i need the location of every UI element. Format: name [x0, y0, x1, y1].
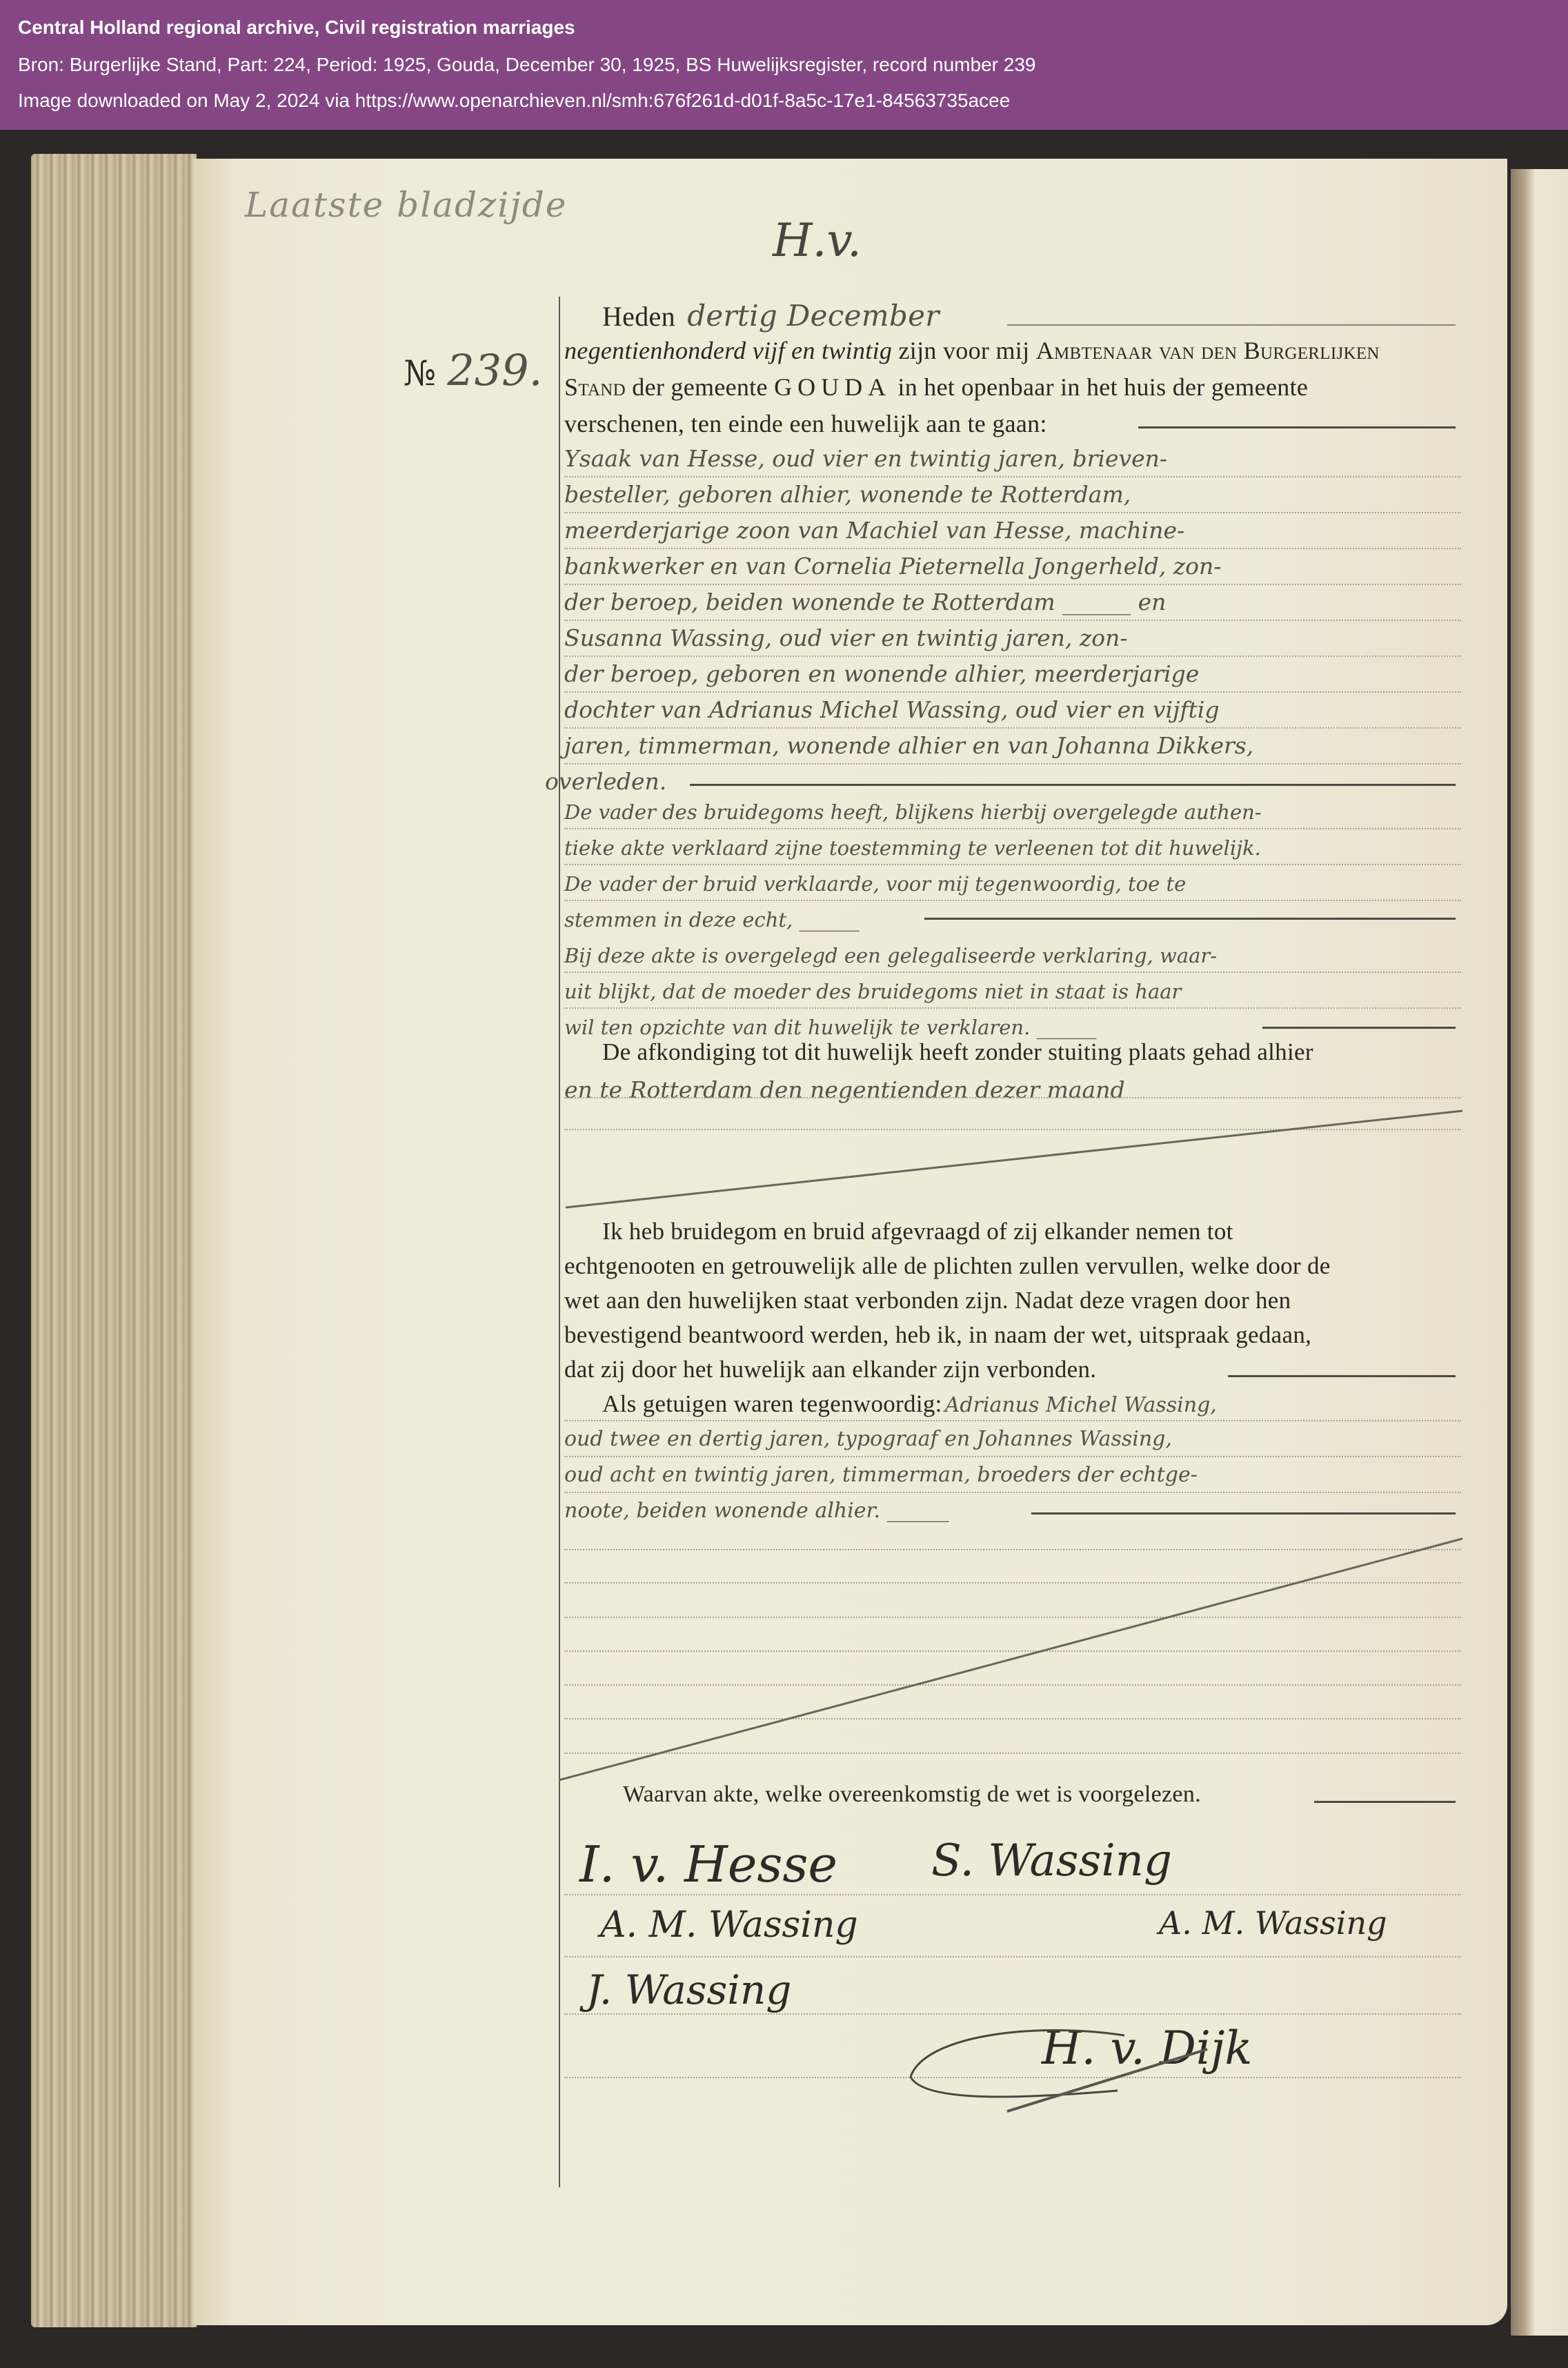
stand-text: Stand — [564, 373, 626, 401]
guide-line — [564, 828, 1461, 829]
parties-line: Ysaak van Hesse, oud vier en twintig jar… — [564, 445, 1461, 472]
witnesses-line-1: Als getuigen waren tegenwoordig: Adrianu… — [564, 1390, 1461, 1418]
vows-line: dat zij door het huwelijk aan elkander z… — [564, 1356, 1461, 1383]
guide-line — [564, 1007, 1461, 1009]
fill-rule — [1031, 1512, 1456, 1514]
signature-witness-2: J. Wassing — [586, 1966, 791, 2013]
guide-line — [564, 512, 1461, 513]
guide-line — [564, 864, 1461, 865]
vows-line: Ik heb bruidegom en bruid afgevraagd of … — [564, 1218, 1461, 1245]
consent-line: De vader der bruid verklaarde, voor mij … — [564, 872, 1461, 896]
guide-line — [564, 1956, 1461, 1957]
fill-rule — [1262, 1027, 1456, 1029]
guide-line — [564, 691, 1461, 693]
intro-text: zijn voor mij — [899, 337, 1030, 364]
parties-line: besteller, geboren alhier, wonende te Ro… — [564, 481, 1461, 508]
column-rule — [559, 297, 560, 2187]
guide-line — [564, 763, 1461, 764]
heden-label: Heden — [602, 301, 675, 332]
guide-line — [564, 548, 1461, 549]
download-note: Image downloaded on May 2, 2024 via http… — [18, 90, 1010, 112]
record-number-value: 239. — [447, 345, 542, 395]
source-citation: Bron: Burgerlijke Stand, Part: 224, Peri… — [18, 54, 1035, 76]
intro-text: in het openbaar in het huis der gemeente — [897, 373, 1308, 401]
fill-rule — [1138, 426, 1456, 428]
closing-text: Waarvan akte, welke overeenkomstig de we… — [623, 1782, 1201, 1807]
banns-handwritten: en te Rotterdam den negentienden dezer m… — [564, 1076, 1461, 1103]
parties-line: dochter van Adrianus Michel Wassing, oud… — [564, 696, 1461, 723]
book-page-edges — [31, 154, 197, 2327]
vows-line: echtgenooten en getrouwelijk alle de pli… — [564, 1252, 1461, 1280]
intro-line-4: verschenen, ten einde een huwelijk aan t… — [564, 409, 1461, 438]
fill-rule — [1314, 1801, 1456, 1803]
facing-page-strip — [1511, 169, 1568, 2336]
signature-witness-1: A. M. Wassing — [600, 1904, 858, 1946]
consent-line: De vader des bruidegoms heeft, blijkens … — [564, 800, 1461, 824]
municipality: GOUDA — [774, 373, 891, 401]
guide-line — [564, 620, 1461, 621]
witness-line: oud acht en twintig jaren, timmerman, br… — [564, 1463, 1461, 1487]
parties-line: jaren, timmerman, wonende alhier en van … — [564, 732, 1461, 759]
parties-line: der beroep, geboren en wonende alhier, m… — [564, 660, 1461, 687]
intro-line-2: negentienhonderd vijf en twintig zijn vo… — [564, 336, 1461, 365]
guide-line — [564, 971, 1461, 973]
fill-rule — [924, 918, 1456, 920]
vows-line: wet aan den huwelijken staat verbonden z… — [564, 1287, 1461, 1314]
clerk-initials: H.v. — [773, 214, 862, 267]
guide-line — [564, 1492, 1461, 1493]
archive-title: Central Holland regional archive, Civil … — [18, 17, 575, 39]
consent-line: Bij deze akte is overgelegd een gelegali… — [564, 944, 1461, 967]
witness-line: noote, beiden wonende alhier. ______ — [564, 1499, 1461, 1523]
signature-father: A. M. Wassing — [1159, 1904, 1387, 1942]
guide-line — [564, 727, 1461, 729]
guide-line — [564, 584, 1461, 585]
fill-rule — [690, 784, 1456, 786]
cancel-stroke — [559, 1104, 1469, 1214]
banns-text: De afkondiging tot dit huwelijk heeft zo… — [602, 1038, 1313, 1065]
signature-bride: S. Wassing — [931, 1835, 1172, 1886]
intro-text: der gemeente — [632, 373, 768, 401]
official-flourish — [897, 2015, 1214, 2118]
guide-line — [564, 1420, 1461, 1421]
intro-line-1: Heden dertig December — [564, 299, 1461, 333]
guide-line — [564, 655, 1461, 657]
date-handwritten: dertig December — [687, 299, 939, 333]
margin-note: Laatste bladzijde — [245, 185, 567, 225]
parties-line: bankwerker en van Cornelia Pieternella J… — [564, 553, 1461, 580]
consent-line: uit blijkt, dat de moeder des bruidegoms… — [564, 980, 1461, 1003]
intro-line-3: Stand der gemeente GOUDA in het openbaar… — [564, 373, 1461, 402]
witness-line: oud twee en dertig jaren, typograaf en J… — [564, 1427, 1461, 1451]
consent-line: stemmen in deze echt, ______ — [564, 908, 1461, 931]
banns-printed: De afkondiging tot dit huwelijk heeft zo… — [564, 1038, 1461, 1066]
guide-line — [564, 1097, 1461, 1098]
official-title: Ambtenaar van den Burgerlijken — [1036, 337, 1380, 364]
fill-rule — [1228, 1375, 1456, 1377]
witness-hand: Adrianus Michel Wassing, — [945, 1393, 1217, 1417]
consent-line: tieke akte verklaard zijne toestemming t… — [564, 836, 1461, 860]
closing-line: Waarvan akte, welke overeenkomstig de we… — [564, 1782, 1461, 1808]
parties-line: overleden. — [545, 768, 1442, 795]
year-text: negentienhonderd vijf en twintig — [564, 337, 892, 364]
blank-space-stroke — [545, 1532, 1469, 1787]
guide-line — [564, 1456, 1461, 1457]
vows-text: Ik heb bruidegom en bruid afgevraagd of … — [602, 1218, 1233, 1245]
archive-header: Central Holland regional archive, Civil … — [0, 0, 1568, 130]
intro-text: verschenen, ten einde een huwelijk aan t… — [564, 410, 1047, 437]
numero-sign: № — [404, 353, 436, 393]
parties-line: Susanna Wassing, oud vier en twintig jar… — [564, 624, 1461, 651]
vows-line: bevestigend beantwoord werden, heb ik, i… — [564, 1321, 1461, 1349]
fill-rule — [1007, 324, 1456, 326]
record-number: № 239. — [404, 345, 542, 395]
guide-line — [564, 1894, 1461, 1895]
guide-line — [564, 476, 1461, 477]
signature-groom: I. v. Hesse — [579, 1835, 837, 1893]
parties-line: der beroep, beiden wonende te Rotterdam … — [564, 589, 1461, 615]
witnesses-label: Als getuigen waren tegenwoordig: — [602, 1390, 942, 1417]
guide-line — [564, 900, 1461, 901]
parties-line: meerderjarige zoon van Machiel van Hesse… — [564, 517, 1461, 544]
